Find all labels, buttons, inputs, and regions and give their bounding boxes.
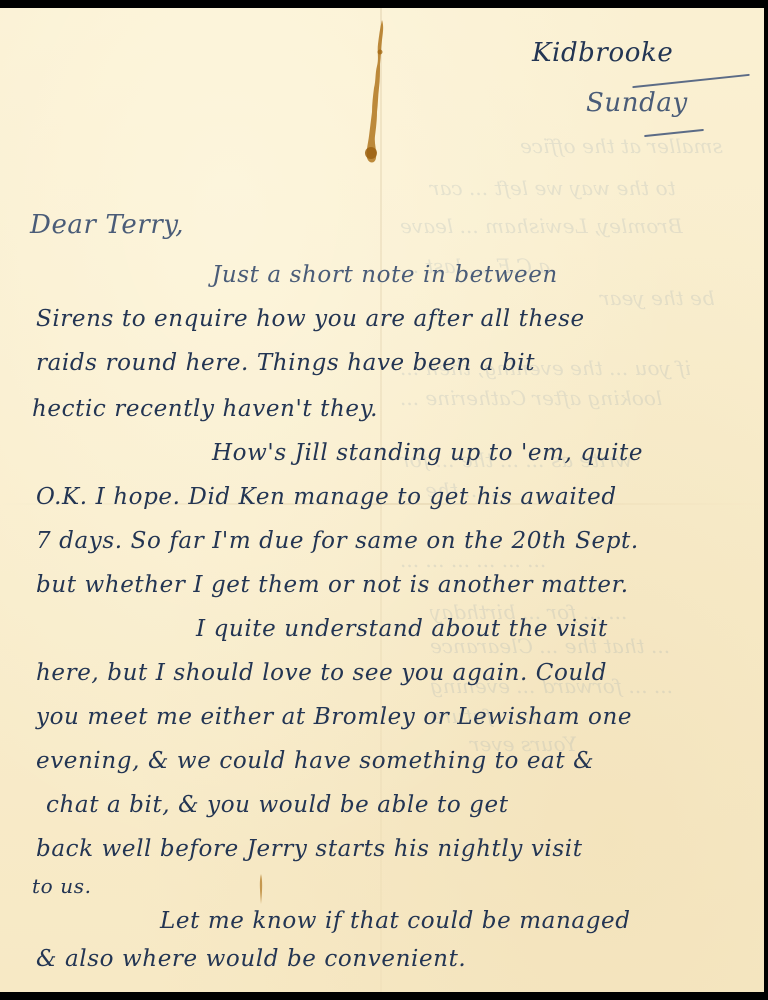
letter-line: 7 days. So far I'm due for same on the 2…: [36, 530, 639, 553]
salutation: Dear Terry,: [30, 212, 184, 238]
letter-page: smaller at the office to the way we left…: [0, 8, 764, 992]
letter-line: chat a bit, & you would be able to get: [46, 794, 509, 817]
stain-mark-small: [256, 874, 266, 904]
letter-line: O.K. I hope. Did Ken manage to get his a…: [36, 486, 617, 509]
letter-line: but whether I get them or not is another…: [36, 574, 629, 597]
letter-line: I quite understand about the visit: [196, 618, 608, 641]
letter-line: back well before Jerry starts his nightl…: [36, 838, 583, 861]
stain-mark: [360, 18, 390, 168]
letter-day: Sunday: [586, 90, 688, 116]
letter-line: Sirens to enquire how you are after all …: [36, 308, 585, 331]
show-through-text: be the year: [600, 286, 715, 310]
show-through-text: to the way we left ... car: [430, 176, 676, 200]
letter-line: hectic recently haven't they.: [32, 398, 378, 421]
letter-place: Kidbrooke: [532, 40, 673, 66]
place-underline: [632, 74, 750, 88]
letter-line: you meet me either at Bromley or Lewisha…: [36, 706, 632, 729]
letter-line: Just a short note in between: [212, 264, 558, 287]
letter-line: & also where would be convenient.: [36, 948, 466, 971]
show-through-text: looking after Catherine ...: [400, 386, 662, 410]
show-through-text: smaller at the office: [520, 134, 723, 158]
letter-line: Let me know if that could be managed: [160, 910, 631, 933]
letter-line: to us.: [32, 876, 92, 896]
show-through-text: Bromley, Lewisham ... leave: [400, 214, 683, 238]
letter-line: here, but I should love to see you again…: [36, 662, 607, 685]
letter-line: raids round here. Things have been a bit: [36, 352, 535, 375]
letter-line: evening, & we could have something to ea…: [36, 750, 594, 773]
letter-line: How's Jill standing up to 'em, quite: [212, 442, 643, 465]
